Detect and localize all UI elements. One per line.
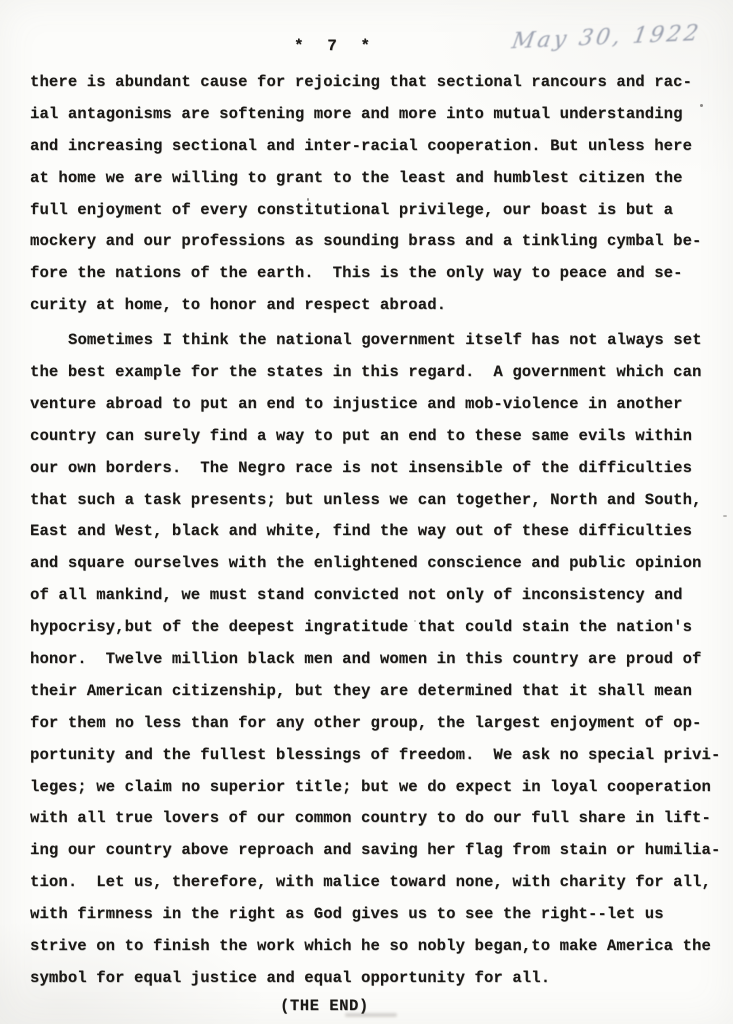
- text-line: with all true lovers of our common count…: [30, 803, 709, 835]
- text-line: our own borders. The Negro race is not i…: [30, 453, 709, 485]
- scan-smudge: [345, 1013, 397, 1017]
- text-line: at home we are willing to grant to the l…: [30, 163, 709, 195]
- text-line: full enjoyment of every constitutional p…: [30, 195, 709, 227]
- text-line: the best example for the states in this …: [30, 357, 709, 389]
- text-line: Sometimes I think the national governmen…: [30, 325, 709, 357]
- text-line: for them no less than for any other grou…: [30, 708, 709, 740]
- text-line: with firmness in the right as God gives …: [30, 899, 709, 931]
- text-line: and square ourselves with the enlightene…: [30, 548, 709, 580]
- text-line: tion. Let us, therefore, with malice tow…: [30, 867, 709, 899]
- text-line: leges; we claim no superior title; but w…: [30, 772, 709, 804]
- text-line: of all mankind, we must stand convicted …: [30, 580, 709, 612]
- page-number: * 7 *: [294, 37, 377, 55]
- document-body: there is abundant cause for rejoicing th…: [30, 67, 709, 995]
- text-line: and increasing sectional and inter-racia…: [30, 131, 709, 163]
- text-line: mockery and our professions as sounding …: [30, 226, 709, 258]
- ink-speck: [700, 104, 703, 107]
- text-line: fore the nations of the earth. This is t…: [30, 258, 709, 290]
- text-line: their American citizenship, but they are…: [30, 676, 709, 708]
- text-line: venture abroad to put an end to injustic…: [30, 389, 709, 421]
- ink-speck: [414, 620, 416, 622]
- ink-speck: [596, 628, 598, 630]
- handwritten-date-annotation: May 30, 1922: [510, 21, 703, 54]
- text-line: ing our country above reproach and savin…: [30, 835, 709, 867]
- text-line: ial antagonisms are softening more and m…: [30, 99, 709, 131]
- text-line: there is abundant cause for rejoicing th…: [30, 67, 709, 99]
- text-line: curity at home, to honor and respect abr…: [30, 290, 709, 322]
- text-line: symbol for equal justice and equal oppor…: [30, 963, 709, 995]
- text-line: that such a task presents; but unless we…: [30, 485, 709, 517]
- ink-speck: [723, 515, 727, 517]
- text-line: honor. Twelve million black men and wome…: [30, 644, 709, 676]
- ink-speck: [307, 198, 309, 201]
- text-line: country can surely find a way to put an …: [30, 421, 709, 453]
- text-line: strive on to finish the work which he so…: [30, 931, 709, 963]
- paragraph-2: Sometimes I think the national governmen…: [30, 325, 709, 995]
- text-line: hypocrisy,but of the deepest ingratitude…: [30, 612, 709, 644]
- text-line: East and West, black and white, find the…: [30, 516, 709, 548]
- document-page: * 7 * May 30, 1922 there is abundant cau…: [0, 0, 733, 1024]
- text-line: portunity and the fullest blessings of f…: [30, 740, 709, 772]
- paragraph-1: there is abundant cause for rejoicing th…: [30, 67, 709, 322]
